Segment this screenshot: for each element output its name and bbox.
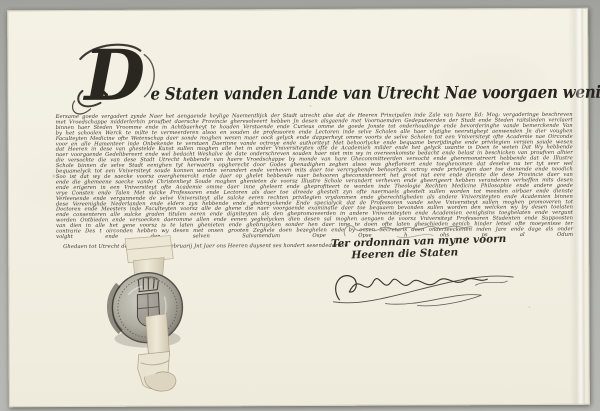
secretary-signature-icon — [325, 255, 525, 312]
initial-letter: D — [84, 41, 143, 111]
seal-assembly — [92, 234, 205, 406]
charter-paper: D e Staten vanden Lande van Utrecht Nae … — [7, 8, 590, 408]
photo-background: D e Staten vanden Lande van Utrecht Nae … — [0, 0, 600, 411]
body-text-block: Eersame goede vergadert zynde Naer het a… — [56, 112, 574, 240]
wax-seal — [110, 273, 183, 343]
charter-body: Eersame goede vergadert zynde Naer het a… — [56, 112, 574, 250]
illuminated-initial: D — [66, 39, 166, 125]
charter-heading: e Staten vanden Lande van Utrecht Nae vo… — [150, 82, 600, 105]
